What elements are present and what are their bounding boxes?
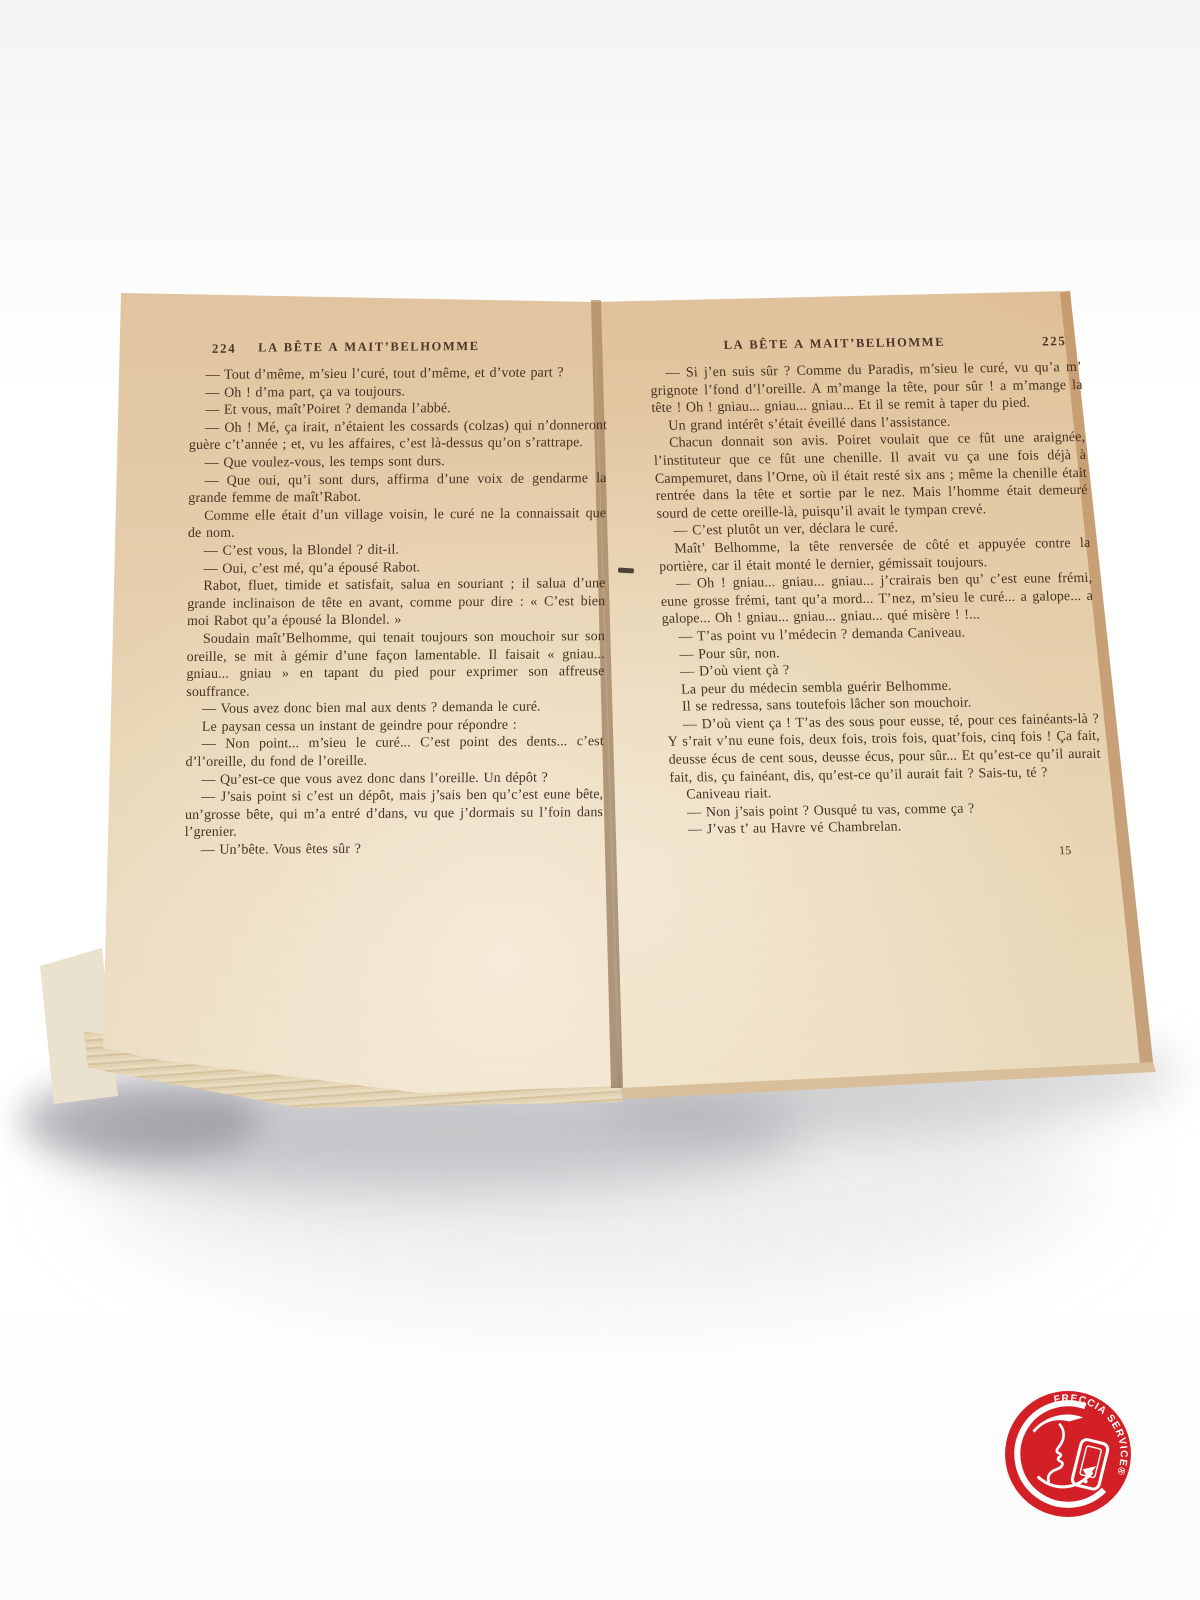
paragraph: — Si j’en suis sûr ? Comme du Paradis, m… bbox=[649, 359, 1084, 418]
paragraph: Rabot, fluet, timide et satisfait, salua… bbox=[187, 575, 606, 631]
right-running-title: LA BÊTE A MAIT’BELHOMME bbox=[658, 333, 1011, 355]
gutter-ink-mark bbox=[618, 567, 634, 573]
paragraph: — Oh ! gniau... gniau... gniau... j’crai… bbox=[660, 570, 1095, 629]
logo-svg: FRECCIA SERVICE® bbox=[1002, 1388, 1134, 1520]
right-page-number: 225 bbox=[1042, 332, 1067, 350]
left-running-title: LA BÊTE A MAIT’BELHOMME bbox=[190, 338, 548, 358]
paragraph: Soudain maît’Belhomme, qui tenait toujou… bbox=[186, 628, 605, 701]
paragraph: Chacun donnait son avis. Poiret voulait … bbox=[653, 429, 1089, 523]
photo-background: { "book": { "page_color": "#ead9bc", "in… bbox=[0, 0, 1200, 1600]
paragraph: Comme elle était d’un village voisin, le… bbox=[188, 505, 606, 543]
paragraph: Maît’ Belhomme, la tête renversée de côt… bbox=[658, 535, 1092, 576]
right-page-text: LA BÊTE A MAIT’BELHOMME 225 — Si j’en su… bbox=[648, 332, 1106, 865]
freccia-service-logo: FRECCIA SERVICE® bbox=[1002, 1388, 1134, 1520]
paragraph: — D’où vient ça ! T’as des sous pour eus… bbox=[667, 711, 1102, 787]
paragraph: — Oh ! Mé, ça irait, n’étaient les cossa… bbox=[189, 417, 607, 455]
paragraph: — Un’bête. Vous êtes sûr ? bbox=[185, 839, 603, 860]
left-page-text: 224 LA BÊTE A MAIT’BELHOMME — Tout d’mêm… bbox=[185, 337, 608, 860]
paragraph: — J’sais point si c’est un dépôt, mais j… bbox=[185, 786, 604, 842]
left-running-head: 224 LA BÊTE A MAIT’BELHOMME bbox=[190, 337, 608, 360]
paragraph: — Tout d’même, m’sieu l’curé, tout d’mêm… bbox=[190, 364, 608, 385]
left-page-body: — Tout d’même, m’sieu l’curé, tout d’mêm… bbox=[185, 364, 608, 860]
right-page-body: — Si j’en suis sûr ? Comme du Paradis, m… bbox=[649, 359, 1104, 840]
logo-outer-disc bbox=[1005, 1391, 1131, 1517]
paragraph: — Non point... m’sieu le curé... C’est p… bbox=[185, 734, 603, 772]
paragraph: — Que oui, qu’i sont durs, affirma d’une… bbox=[188, 470, 606, 508]
